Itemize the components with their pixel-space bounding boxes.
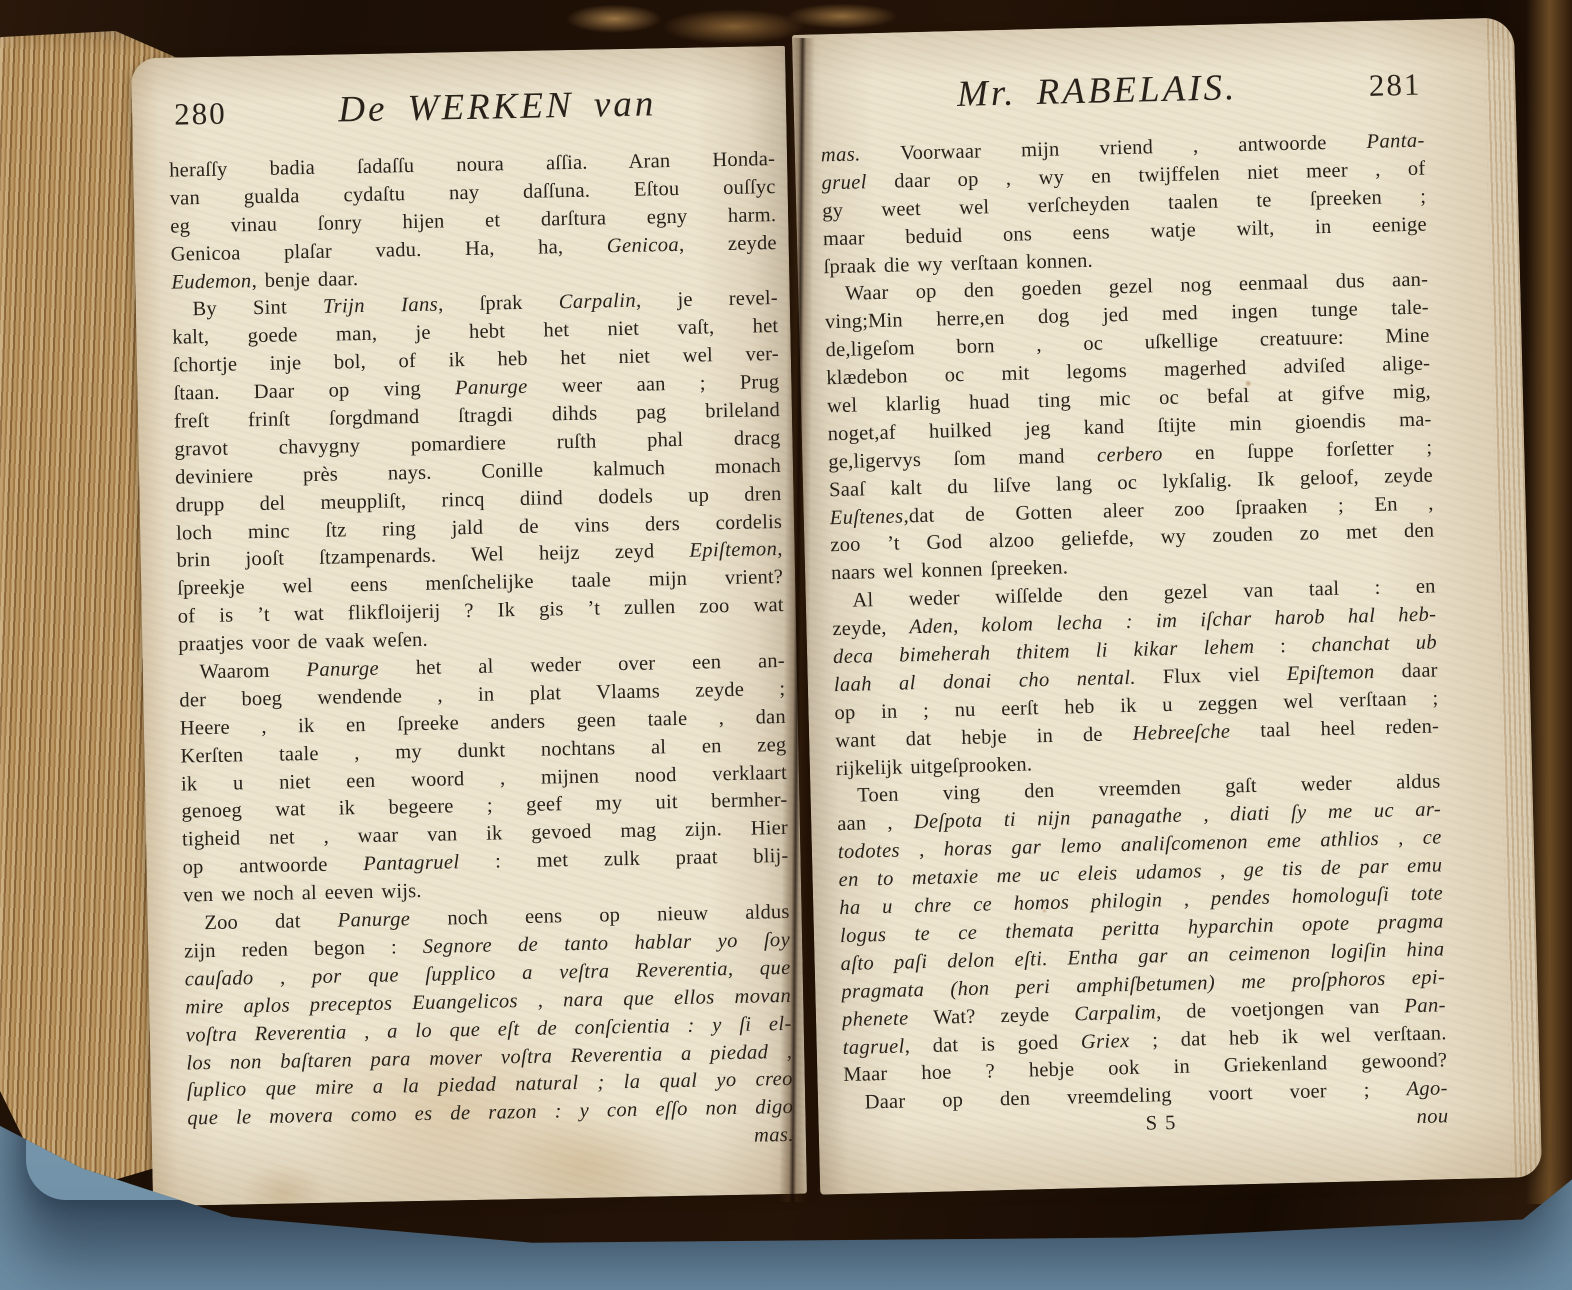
right-page-text: mas. Voorwaar mijn vriend , antwoorde Pa… — [821, 128, 1449, 1147]
left-page-number: 280 — [174, 96, 227, 133]
left-page-text: heraſſy badia ſadaſſu noura aſſia. Aran … — [169, 146, 794, 1162]
right-running-title: Mr. RABELAIS. — [825, 63, 1369, 119]
page-left: 280 De WERKEN van heraſſy badia ſadaſſu … — [131, 46, 807, 1206]
left-page-header: 280 De WERKEN van — [174, 80, 769, 141]
photo-backdrop: 280 De WERKEN van heraſſy badia ſadaſſu … — [0, 0, 1572, 1290]
left-running-title: De WERKEN van — [226, 80, 768, 133]
book: 280 De WERKEN van heraſſy badia ſadaſſu … — [0, 0, 1572, 1284]
page-right: Mr. RABELAIS. 281 mas. Voorwaar mijn vri… — [792, 17, 1542, 1194]
right-page-header: Mr. RABELAIS. 281 — [825, 62, 1422, 127]
right-page-number: 281 — [1368, 67, 1421, 104]
